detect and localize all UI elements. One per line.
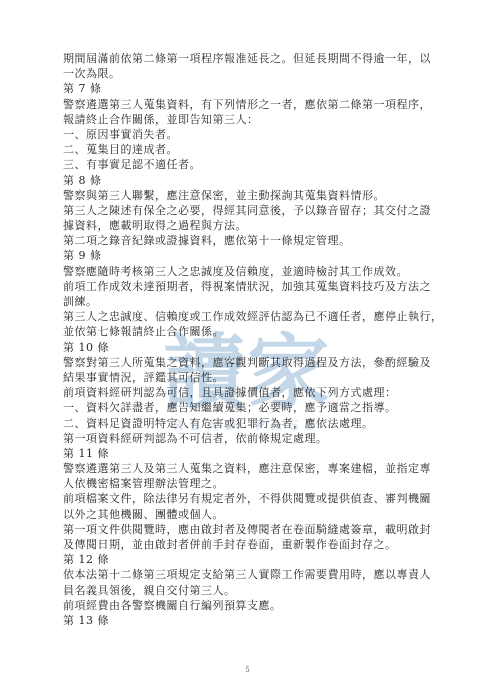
document-line: 二、資料足資證明特定人有危害或犯罪行為者，應依法處理。	[63, 416, 441, 431]
document-line: 前項資料經研判認為可信，且具證據價值者，應依下列方式處理：	[63, 385, 441, 400]
document-line: 警察遴選第三人蒐集資料，有下列情形之一者，應依第二條第一項程序，	[63, 97, 441, 112]
page-number: 5	[0, 666, 495, 674]
document-line: 一、資料欠詳盡者，應告知繼續蒐集；必要時，應予適當之指導。	[63, 400, 441, 415]
document-line: 人依機密檔案管理辦法管理之。	[63, 476, 441, 491]
document-line: 結果事實情況，評鑑其可信性。	[63, 370, 441, 385]
document-line: 第 10 條	[63, 340, 441, 355]
document-line: 警察應隨時考核第三人之忠誠度及信賴度，並適時檢討其工作成效。	[63, 264, 441, 279]
document-line: 期間屆滿前依第二條第一項程序報准延長之。但延長期間不得逾一年，以	[63, 51, 441, 66]
document-line: 一次為限。	[63, 66, 441, 81]
document-line: 以外之其他機關、團體或個人。	[63, 507, 441, 522]
document-line: 前項經費由各警察機關自行編列預算支應。	[63, 598, 441, 613]
document-line: 據資料，應載明取得之過程與方法。	[63, 218, 441, 233]
document-line: 警察遴選第三人及第三人蒐集之資料，應注意保密，專案建檔，並指定專	[63, 461, 441, 476]
document-line: 第 11 條	[63, 446, 441, 461]
document-line: 警察與第三人聯繫，應注意保密，並主動探詢其蒐集資料情形。	[63, 188, 441, 203]
document-line: 第 9 條	[63, 248, 441, 263]
document-line: 訓練。	[63, 294, 441, 309]
document-line: 警察對第三人所蒐集之資料，應客觀判斷其取得過程及方法，參酌經驗及	[63, 355, 441, 370]
document-line: 及傳閱日期，並由啟封者併前手封存卷面，重新製作卷面封存之。	[63, 537, 441, 552]
document-line: 第 13 條	[63, 613, 441, 628]
document-line: 第一項資料經研判認為不可信者，依前條規定處理。	[63, 431, 441, 446]
document-line: 員名義具領後，親自交付第三人。	[63, 583, 441, 598]
document-line: 依本法第十二條第三項規定支給第三人實際工作需要費用時，應以專責人	[63, 567, 441, 582]
document-line: 前項檔案文件，除法律另有規定者外，不得供閱覽或提供偵查、審判機關	[63, 491, 441, 506]
document-line: 第 7 條	[63, 81, 441, 96]
document-line: 第三人之陳述有保全之必要，得經其同意後，予以錄音留存；其交付之證	[63, 203, 441, 218]
document-line: 第 8 條	[63, 173, 441, 188]
document-line: 三、有事實足認不適任者。	[63, 157, 441, 172]
document-line: 第 12 條	[63, 552, 441, 567]
document-line: 報請終止合作關係，並即告知第三人：	[63, 112, 441, 127]
document-line: 第二項之錄音紀錄或證據資料，應依第十一條規定管理。	[63, 233, 441, 248]
document-line: 前項工作成效未達預期者，得視案情狀況，加強其蒐集資料技巧及方法之	[63, 279, 441, 294]
document-line: 第一項文件供閱覽時，應由啟封者及傳閱者在卷面騎縫處簽章，載明啟封	[63, 522, 441, 537]
document-line: 並依第七條報請終止合作關係。	[63, 324, 441, 339]
document-line: 第三人之忠誠度、信賴度或工作成效經評估認為已不適任者，應停止執行，	[63, 309, 441, 324]
document-body: 期間屆滿前依第二條第一項程序報准延長之。但延長期間不得逾一年，以一次為限。第 7…	[63, 51, 441, 628]
document-line: 二、蒐集目的達成者。	[63, 142, 441, 157]
document-page: 讀家 READ PASS 期間屆滿前依第二條第一項程序報准延長之。但延長期間不得…	[0, 0, 495, 700]
document-line: 一、原因事實消失者。	[63, 127, 441, 142]
